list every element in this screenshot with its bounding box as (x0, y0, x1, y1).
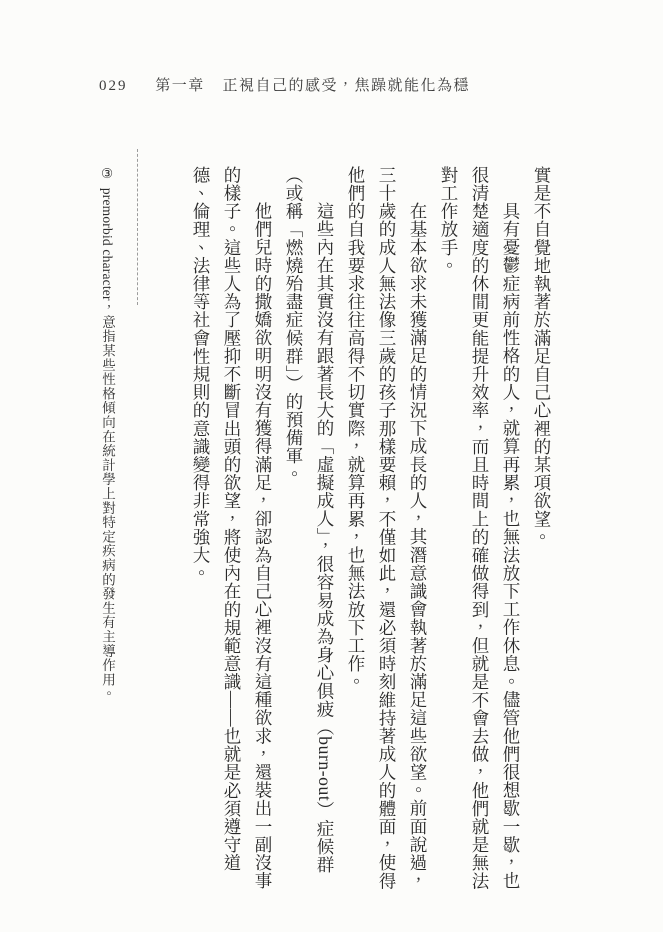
page-number: 029 (99, 78, 128, 94)
running-head: 029 第一章 正視自己的感受，焦躁就能化為穩 (99, 74, 470, 95)
paragraph: 實是不自覺地執著於滿足自己心裡的某項欲望。 (526, 166, 557, 892)
paragraph: 在基本欲求未獲滿足的情況下成長的人，其潛意識會執著於滿足這些欲望。前面說過，三十… (340, 166, 433, 892)
chapter-title: 正視自己的感受，焦躁就能化為穩 (223, 78, 471, 94)
body-text: 實是不自覺地執著於滿足自己心裡的某項欲望。 具有憂鬱症病前性格的人，就算再累，也… (185, 166, 557, 892)
paragraph: 這些內在其實沒有跟著長大的「虛擬成人」，很容易成為身心俱疲（burn-out）症… (278, 166, 340, 892)
chapter-label: 第一章 (155, 78, 205, 94)
paragraph: 他們兒時的撒嬌欲明明沒有獲得滿足，卻認為自己心裡沒有這種欲求，還裝出一副沒事的樣… (185, 166, 278, 892)
paragraph: 具有憂鬱症病前性格的人，就算再累，也無法放下工作休息。儘管他們很想歇一歇，也很清… (433, 166, 526, 892)
book-page: 029 第一章 正視自己的感受，焦躁就能化為穩 實是不自覺地執著於滿足自己心裡的… (0, 0, 663, 932)
footnote-marker: ③ (100, 166, 115, 183)
footnote: ③premorbid character，意指某些性格傾向在統計學上對特定疾病的… (97, 166, 118, 791)
footnote-text: ，意指某些性格傾向在統計學上對特定疾病的發生有主導作用。 (100, 301, 115, 701)
footnote-term: premorbid character (100, 188, 115, 301)
footnote-divider (137, 149, 138, 305)
